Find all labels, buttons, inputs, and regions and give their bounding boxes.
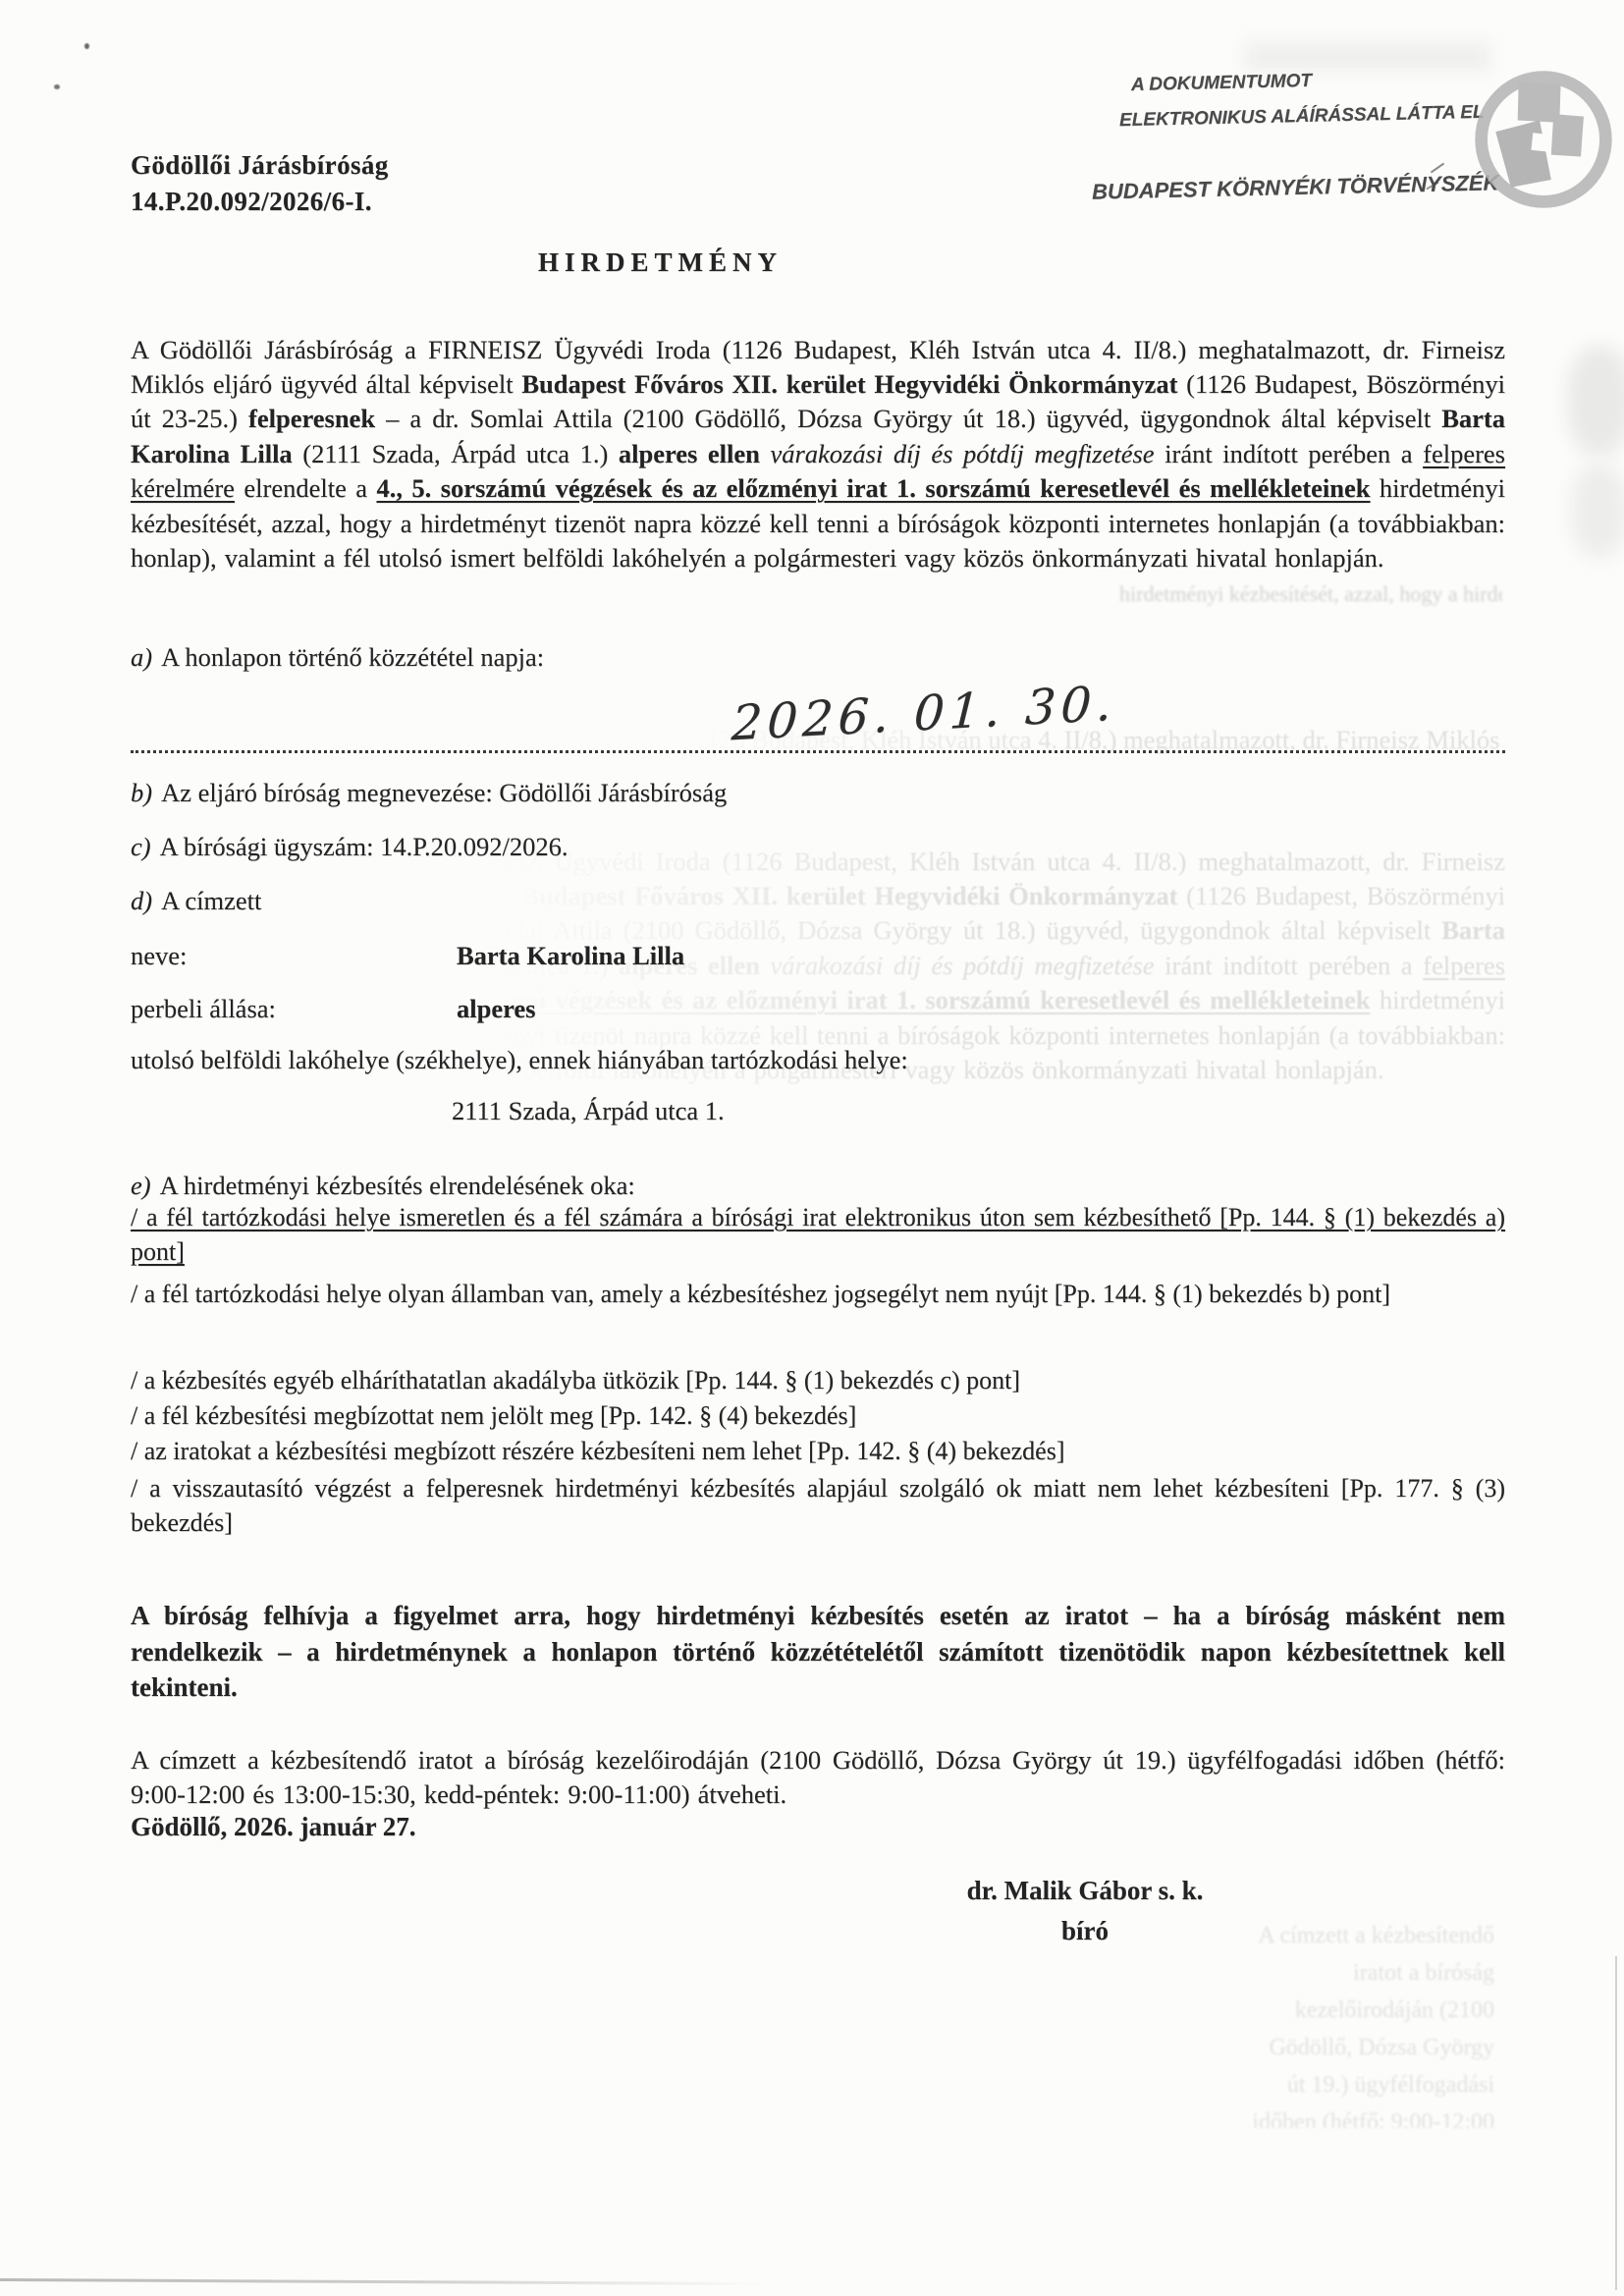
address-value: 2111 Szada, Árpád utca 1.: [452, 1096, 725, 1126]
field-b: b)Az eljáró bíróság megnevezése: Gödöllő…: [131, 776, 727, 810]
case-number: 14.P.20.092/2026/6-I.: [131, 184, 389, 220]
scan-speck: [84, 43, 89, 49]
field-e: e)A hirdetményi kézbesítés elrendeléséne…: [131, 1169, 635, 1203]
e-signature-stamp-line-2: ELEKTRONIKUS ALÁÍRÁSSAL LÁTTA EL: [1119, 102, 1485, 132]
ghost-bleed-through-fragment: hirdetményi kézbesítését, azzal, hogy a …: [1119, 581, 1502, 607]
field-b-marker: b): [131, 778, 161, 807]
plaintiff-name: Budapest Főváros XII. kerület Hegyvidéki…: [521, 369, 1177, 399]
intro-text: – a dr. Somlai Attila (2100 Gödöllő, Dóz…: [375, 404, 1441, 433]
plaintiff-role: felperesnek: [248, 404, 375, 433]
scan-smudge: [1567, 346, 1624, 456]
service-reason-item: / a fél tartózkodási helye olyan államba…: [131, 1277, 1505, 1311]
deemed-served-warning: A bíróság felhívja a figyelmet arra, hog…: [131, 1598, 1505, 1706]
place-and-date: Gödöllő, 2026. január 27.: [131, 1812, 416, 1842]
e-signature-stamp-line-1: A DOKUMENTUMOT: [1131, 71, 1312, 96]
scan-edge-line: [1615, 1956, 1617, 2290]
scanned-court-document: A DOKUMENTUMOT ELEKTRONIKUS ALÁÍRÁSSAL L…: [0, 0, 1624, 2296]
field-b-label: Az eljáró bíróság megnevezése: Gödöllői …: [161, 778, 727, 807]
intro-text: [760, 439, 771, 468]
service-reason-item: / a kézbesítés egyéb elháríthatatlan aka…: [131, 1363, 1505, 1397]
court-seal-icon: [1467, 63, 1620, 216]
intro-paragraph: A Gödöllői Járásbíróság a FIRNEISZ Ügyvé…: [131, 333, 1505, 576]
field-a-label: A honlapon történő közzététel napja:: [161, 642, 544, 672]
field-e-marker: e): [131, 1171, 160, 1200]
ghost-bleed-through-line: A Gödöllői Járásbíróság a FIRNEISZ Ügyvé…: [131, 725, 1505, 755]
defendant-role: alperes ellen: [619, 439, 760, 468]
scan-smudge: [1245, 43, 1490, 71]
scan-bottom-line: [0, 2278, 764, 2285]
e-signature-stamp-line-3: BUDAPEST KÖRNYÉKI TÖRVÉNYSZÉK: [1092, 170, 1499, 204]
field-a: a)A honlapon történő közzététel napja:: [131, 640, 544, 675]
ghost-bleed-through-fragment: A címzett a kézbesítendő iratot a bírósá…: [1249, 1917, 1494, 2128]
service-reason-item: / a fél tartózkodási helye ismeretlen és…: [131, 1200, 1505, 1269]
service-reason-item: / az iratokat a kézbesítési megbízott ré…: [131, 1434, 1505, 1468]
field-e-label: A hirdetményi kézbesítés elrendelésének …: [160, 1171, 635, 1200]
service-reason-item: / a fél kézbesítési megbízottat nem jelö…: [131, 1398, 1505, 1433]
court-name: Gödöllői Járásbíróság: [131, 147, 389, 184]
scan-speck: [54, 84, 60, 89]
pickup-instructions: A címzett a kézbesítendő iratot a bírósá…: [131, 1743, 1505, 1813]
documents-to-serve: 4., 5. sorszámú végzések és az előzményi…: [376, 473, 1370, 503]
intro-text: (2111 Szada, Árpád utca 1.): [293, 439, 619, 468]
judge-name: dr. Malik Gábor s. k.: [918, 1871, 1252, 1911]
intro-text: iránt indított perében a: [1155, 439, 1424, 468]
scan-smudge: [1571, 464, 1624, 558]
case-subject: várakozási díj és pótdíj megfizetése: [770, 439, 1154, 468]
intro-text: elrendelte a: [235, 473, 377, 503]
court-header: Gödöllői Járásbíróság 14.P.20.092/2026/6…: [131, 147, 389, 220]
judge-title: bíró: [918, 1911, 1252, 1951]
service-reason-item: / a visszautasító végzést a felperesnek …: [131, 1471, 1505, 1540]
field-a-marker: a): [131, 642, 161, 672]
signature-block: dr. Malik Gábor s. k. bíró: [918, 1871, 1252, 1951]
document-title: HIRDETMÉNY: [538, 247, 783, 278]
ghost-bleed-through-paragraph: A Gödöllői Járásbíróság a FIRNEISZ Ügyvé…: [131, 845, 1505, 1088]
